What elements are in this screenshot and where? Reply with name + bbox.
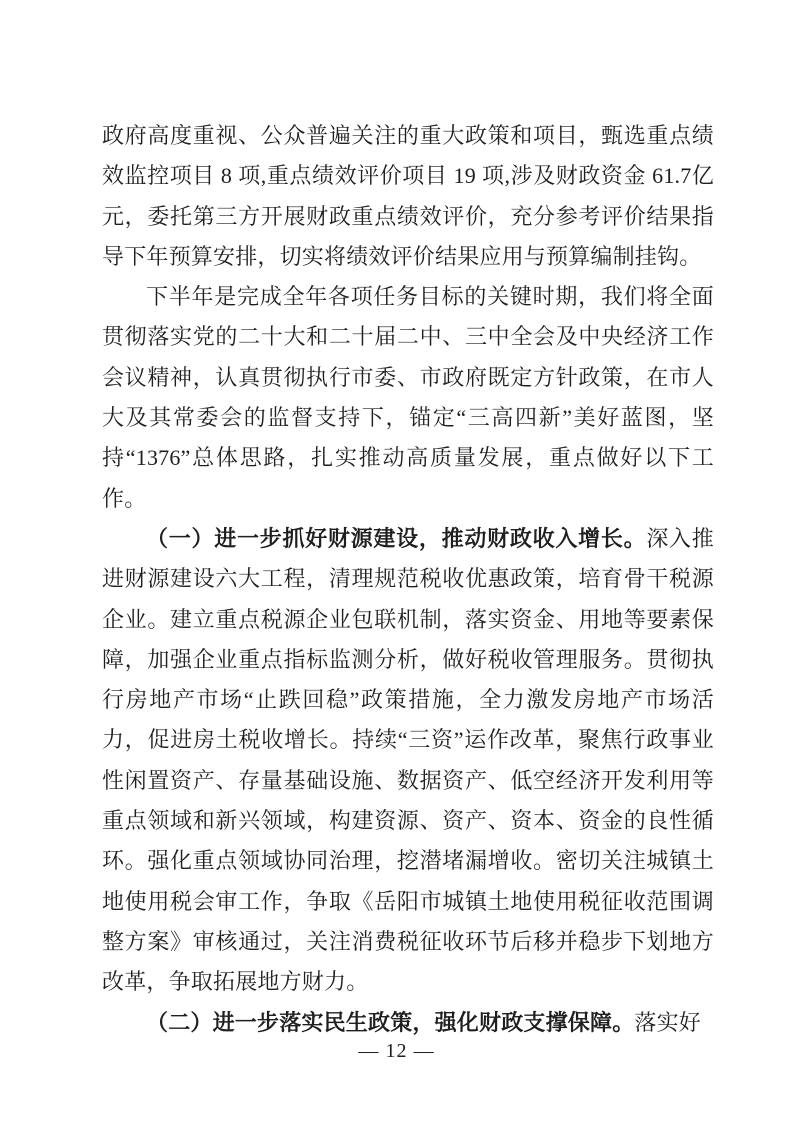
paragraph-3-heading: （一）进一步抓好财源建设，推动财政收入增长。 (146, 526, 646, 551)
paragraph-4-text: 落实好 (634, 1010, 701, 1035)
paragraph-1: 政府高度重视、公众普遍关注的重大政策和项目，甄选重点绩效监控项目 8 项,重点绩… (102, 116, 714, 277)
paragraph-1-text: 政府高度重视、公众普遍关注的重大政策和项目，甄选重点绩效监控项目 8 项,重点绩… (102, 123, 714, 269)
paragraph-4-heading: （二）进一步落实民生政策，强化财政支撑保障。 (146, 1010, 634, 1035)
document-body: 政府高度重视、公众普遍关注的重大政策和项目，甄选重点绩效监控项目 8 项,重点绩… (102, 116, 714, 1043)
paragraph-4: （二）进一步落实民生政策，强化财政支撑保障。落实好 (102, 1003, 714, 1043)
paragraph-2: 下半年是完成全年各项任务目标的关键时期，我们将全面贯彻落实党的二十大和二十届二中… (102, 277, 714, 519)
paragraph-3-text: 深入推进财源建设六大工程，清理规范税收优惠政策，培育骨干税源企业。建立重点税源企… (102, 526, 714, 994)
paragraph-2-text: 下半年是完成全年各项任务目标的关键时期，我们将全面贯彻落实党的二十大和二十届二中… (102, 284, 714, 510)
document-page: 政府高度重视、公众普遍关注的重大政策和项目，甄选重点绩效监控项目 8 项,重点绩… (0, 0, 793, 1122)
paragraph-3: （一）进一步抓好财源建设，推动财政收入增长。深入推进财源建设六大工程，清理规范税… (102, 519, 714, 1003)
page-number: — 12 — (0, 1040, 793, 1063)
